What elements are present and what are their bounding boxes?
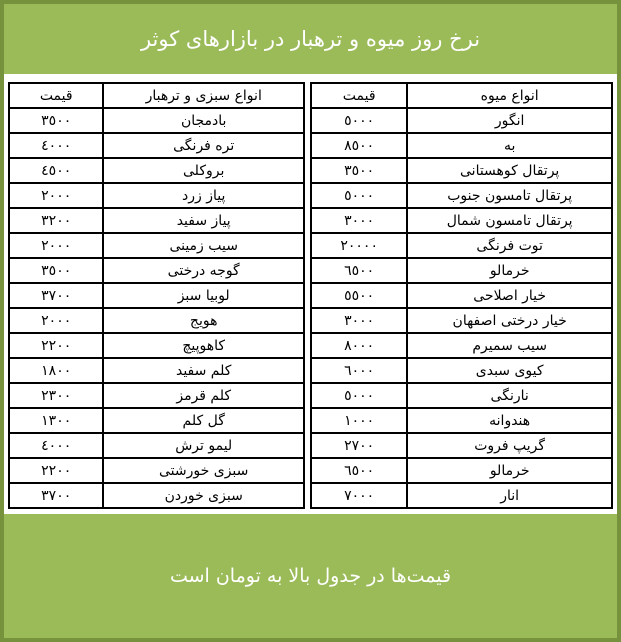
item-name-cell: گوجه درختی — [103, 258, 304, 283]
item-price-cell: ٣٥٠٠ — [9, 108, 103, 133]
item-price-cell: ٨٥٠٠ — [311, 133, 407, 158]
table-row: پرتقال تامسون جنوب ٥٠٠٠ — [311, 183, 612, 208]
item-name-cell: انگور — [407, 108, 612, 133]
item-price-cell: ٣٥٠٠ — [9, 258, 103, 283]
table-row: توت فرنگی ٢٠٠٠٠ — [311, 233, 612, 258]
table-row: گل کلم ١٣٠٠ — [9, 408, 304, 433]
item-name-cell: بروکلی — [103, 158, 304, 183]
item-price-cell: ٢٧٠٠ — [311, 433, 407, 458]
table-row: خیار درختی اصفهان ٣٠٠٠ — [311, 308, 612, 333]
item-price-cell: ٧٠٠٠ — [311, 483, 407, 508]
item-price-cell: ٣٠٠٠ — [311, 308, 407, 333]
item-name-cell: توت فرنگی — [407, 233, 612, 258]
item-name-cell: خیار اصلاحی — [407, 283, 612, 308]
item-name-cell: کلم سفید — [103, 358, 304, 383]
table-row: گریپ فروت ٢٧٠٠ — [311, 433, 612, 458]
item-name-cell: به — [407, 133, 612, 158]
veg-price-column-header: قیمت — [9, 83, 103, 108]
table-row: هندوانه ١٠٠٠ — [311, 408, 612, 433]
table-row: پرتقال کوهستانی ٣٥٠٠ — [311, 158, 612, 183]
item-name-cell: کاهوپیچ — [103, 333, 304, 358]
vegetable-price-table: انواع سبزی و ترهبار قیمت بادمجان ٣٥٠٠ تر… — [8, 82, 305, 509]
item-name-cell: کیوی سبدی — [407, 358, 612, 383]
table-row: پیاز زرد ٢٠٠٠ — [9, 183, 304, 208]
item-name-cell: پیاز زرد — [103, 183, 304, 208]
item-price-cell: ٣٠٠٠ — [311, 208, 407, 233]
item-name-cell: خرمالو — [407, 458, 612, 483]
table-row: گوجه درختی ٣٥٠٠ — [9, 258, 304, 283]
page: { "banner": { "title": "نرخ روز میوه و ت… — [0, 0, 621, 642]
item-price-cell: ٢٠٠٠ — [9, 233, 103, 258]
footer-note: قیمت‌ها در جدول بالا به تومان است — [170, 565, 451, 587]
table-row: تره فرنگی ٤٠٠٠ — [9, 133, 304, 158]
item-name-cell: تره فرنگی — [103, 133, 304, 158]
item-name-cell: سبزی خورشتی — [103, 458, 304, 483]
table-row: خیار اصلاحی ٥٥٠٠ — [311, 283, 612, 308]
fruit-price-column-header: قیمت — [311, 83, 407, 108]
table-row: انگور ٥٠٠٠ — [311, 108, 612, 133]
table-row: لوبیا سبز ٣٧٠٠ — [9, 283, 304, 308]
item-price-cell: ٦٥٠٠ — [311, 258, 407, 283]
item-price-cell: ٦٥٠٠ — [311, 458, 407, 483]
item-price-cell: ٣٧٠٠ — [9, 483, 103, 508]
table-row: نارنگی ٥٠٠٠ — [311, 383, 612, 408]
item-price-cell: ٤٠٠٠ — [9, 133, 103, 158]
table-row: پرتقال تامسون شمال ٣٠٠٠ — [311, 208, 612, 233]
table-row: خرمالو ٦٥٠٠ — [311, 258, 612, 283]
table-row: کلم سفید ١٨٠٠ — [9, 358, 304, 383]
item-price-cell: ١٠٠٠ — [311, 408, 407, 433]
table-row: سیب زمینی ٢٠٠٠ — [9, 233, 304, 258]
item-name-cell: لوبیا سبز — [103, 283, 304, 308]
item-price-cell: ٢٢٠٠ — [9, 333, 103, 358]
table-row: کیوی سبدی ٦٠٠٠ — [311, 358, 612, 383]
item-price-cell: ٤٠٠٠ — [9, 433, 103, 458]
item-price-cell: ٥٠٠٠ — [311, 183, 407, 208]
item-name-cell: پیاز سفید — [103, 208, 304, 233]
price-tables: انواع میوه قیمت انگور ٥٠٠٠ به ٨٥٠٠ پرتقا… — [4, 82, 617, 509]
item-name-cell: پرتقال تامسون جنوب — [407, 183, 612, 208]
table-row: لیمو ترش ٤٠٠٠ — [9, 433, 304, 458]
item-name-cell: گل کلم — [103, 408, 304, 433]
table-row: کلم قرمز ٢٣٠٠ — [9, 383, 304, 408]
item-price-cell: ١٨٠٠ — [9, 358, 103, 383]
table-row: انار ٧٠٠٠ — [311, 483, 612, 508]
table-row: پیاز سفید ٣٢٠٠ — [9, 208, 304, 233]
table-row: بادمجان ٣٥٠٠ — [9, 108, 304, 133]
item-price-cell: ٣٥٠٠ — [311, 158, 407, 183]
table-row: بروکلی ٤٥٠٠ — [9, 158, 304, 183]
fruit-table-header-row: انواع میوه قیمت — [311, 83, 612, 108]
item-price-cell: ٣٢٠٠ — [9, 208, 103, 233]
item-name-cell: بادمجان — [103, 108, 304, 133]
item-name-cell: سیب سمیرم — [407, 333, 612, 358]
veg-table-header-row: انواع سبزی و ترهبار قیمت — [9, 83, 304, 108]
item-name-cell: هویج — [103, 308, 304, 333]
table-row: خرمالو ٦٥٠٠ — [311, 458, 612, 483]
item-price-cell: ٥٠٠٠ — [311, 383, 407, 408]
item-name-cell: خرمالو — [407, 258, 612, 283]
page-frame: نرخ روز میوه و ترهبار در بازارهای کوثر ا… — [4, 4, 617, 638]
item-price-cell: ٨٠٠٠ — [311, 333, 407, 358]
table-row: سیب سمیرم ٨٠٠٠ — [311, 333, 612, 358]
table-row: کاهوپیچ ٢٢٠٠ — [9, 333, 304, 358]
title-banner: نرخ روز میوه و ترهبار در بازارهای کوثر — [4, 4, 617, 74]
item-price-cell: ٢٣٠٠ — [9, 383, 103, 408]
item-name-cell: پرتقال تامسون شمال — [407, 208, 612, 233]
item-price-cell: ٥٠٠٠ — [311, 108, 407, 133]
item-price-cell: ٦٠٠٠ — [311, 358, 407, 383]
item-price-cell: ٢٢٠٠ — [9, 458, 103, 483]
item-price-cell: ٢٠٠٠ — [9, 308, 103, 333]
item-price-cell: ١٣٠٠ — [9, 408, 103, 433]
item-name-cell: خیار درختی اصفهان — [407, 308, 612, 333]
item-price-cell: ٤٥٠٠ — [9, 158, 103, 183]
item-name-cell: هندوانه — [407, 408, 612, 433]
veg-name-column-header: انواع سبزی و ترهبار — [103, 83, 304, 108]
footer-banner: قیمت‌ها در جدول بالا به تومان است — [4, 514, 617, 638]
item-name-cell: پرتقال کوهستانی — [407, 158, 612, 183]
item-name-cell: سیب زمینی — [103, 233, 304, 258]
item-name-cell: سبزی خوردن — [103, 483, 304, 508]
item-name-cell: کلم قرمز — [103, 383, 304, 408]
item-name-cell: لیمو ترش — [103, 433, 304, 458]
table-row: سبزی خورشتی ٢٢٠٠ — [9, 458, 304, 483]
item-price-cell: ٢٠٠٠ — [9, 183, 103, 208]
fruit-name-column-header: انواع میوه — [407, 83, 612, 108]
page-title: نرخ روز میوه و ترهبار در بازارهای کوثر — [141, 27, 480, 51]
table-row: هویج ٢٠٠٠ — [9, 308, 304, 333]
item-price-cell: ٣٧٠٠ — [9, 283, 103, 308]
item-name-cell: انار — [407, 483, 612, 508]
item-price-cell: ٥٥٠٠ — [311, 283, 407, 308]
table-row: سبزی خوردن ٣٧٠٠ — [9, 483, 304, 508]
item-name-cell: نارنگی — [407, 383, 612, 408]
item-price-cell: ٢٠٠٠٠ — [311, 233, 407, 258]
fruit-price-table: انواع میوه قیمت انگور ٥٠٠٠ به ٨٥٠٠ پرتقا… — [310, 82, 613, 509]
table-row: به ٨٥٠٠ — [311, 133, 612, 158]
item-name-cell: گریپ فروت — [407, 433, 612, 458]
